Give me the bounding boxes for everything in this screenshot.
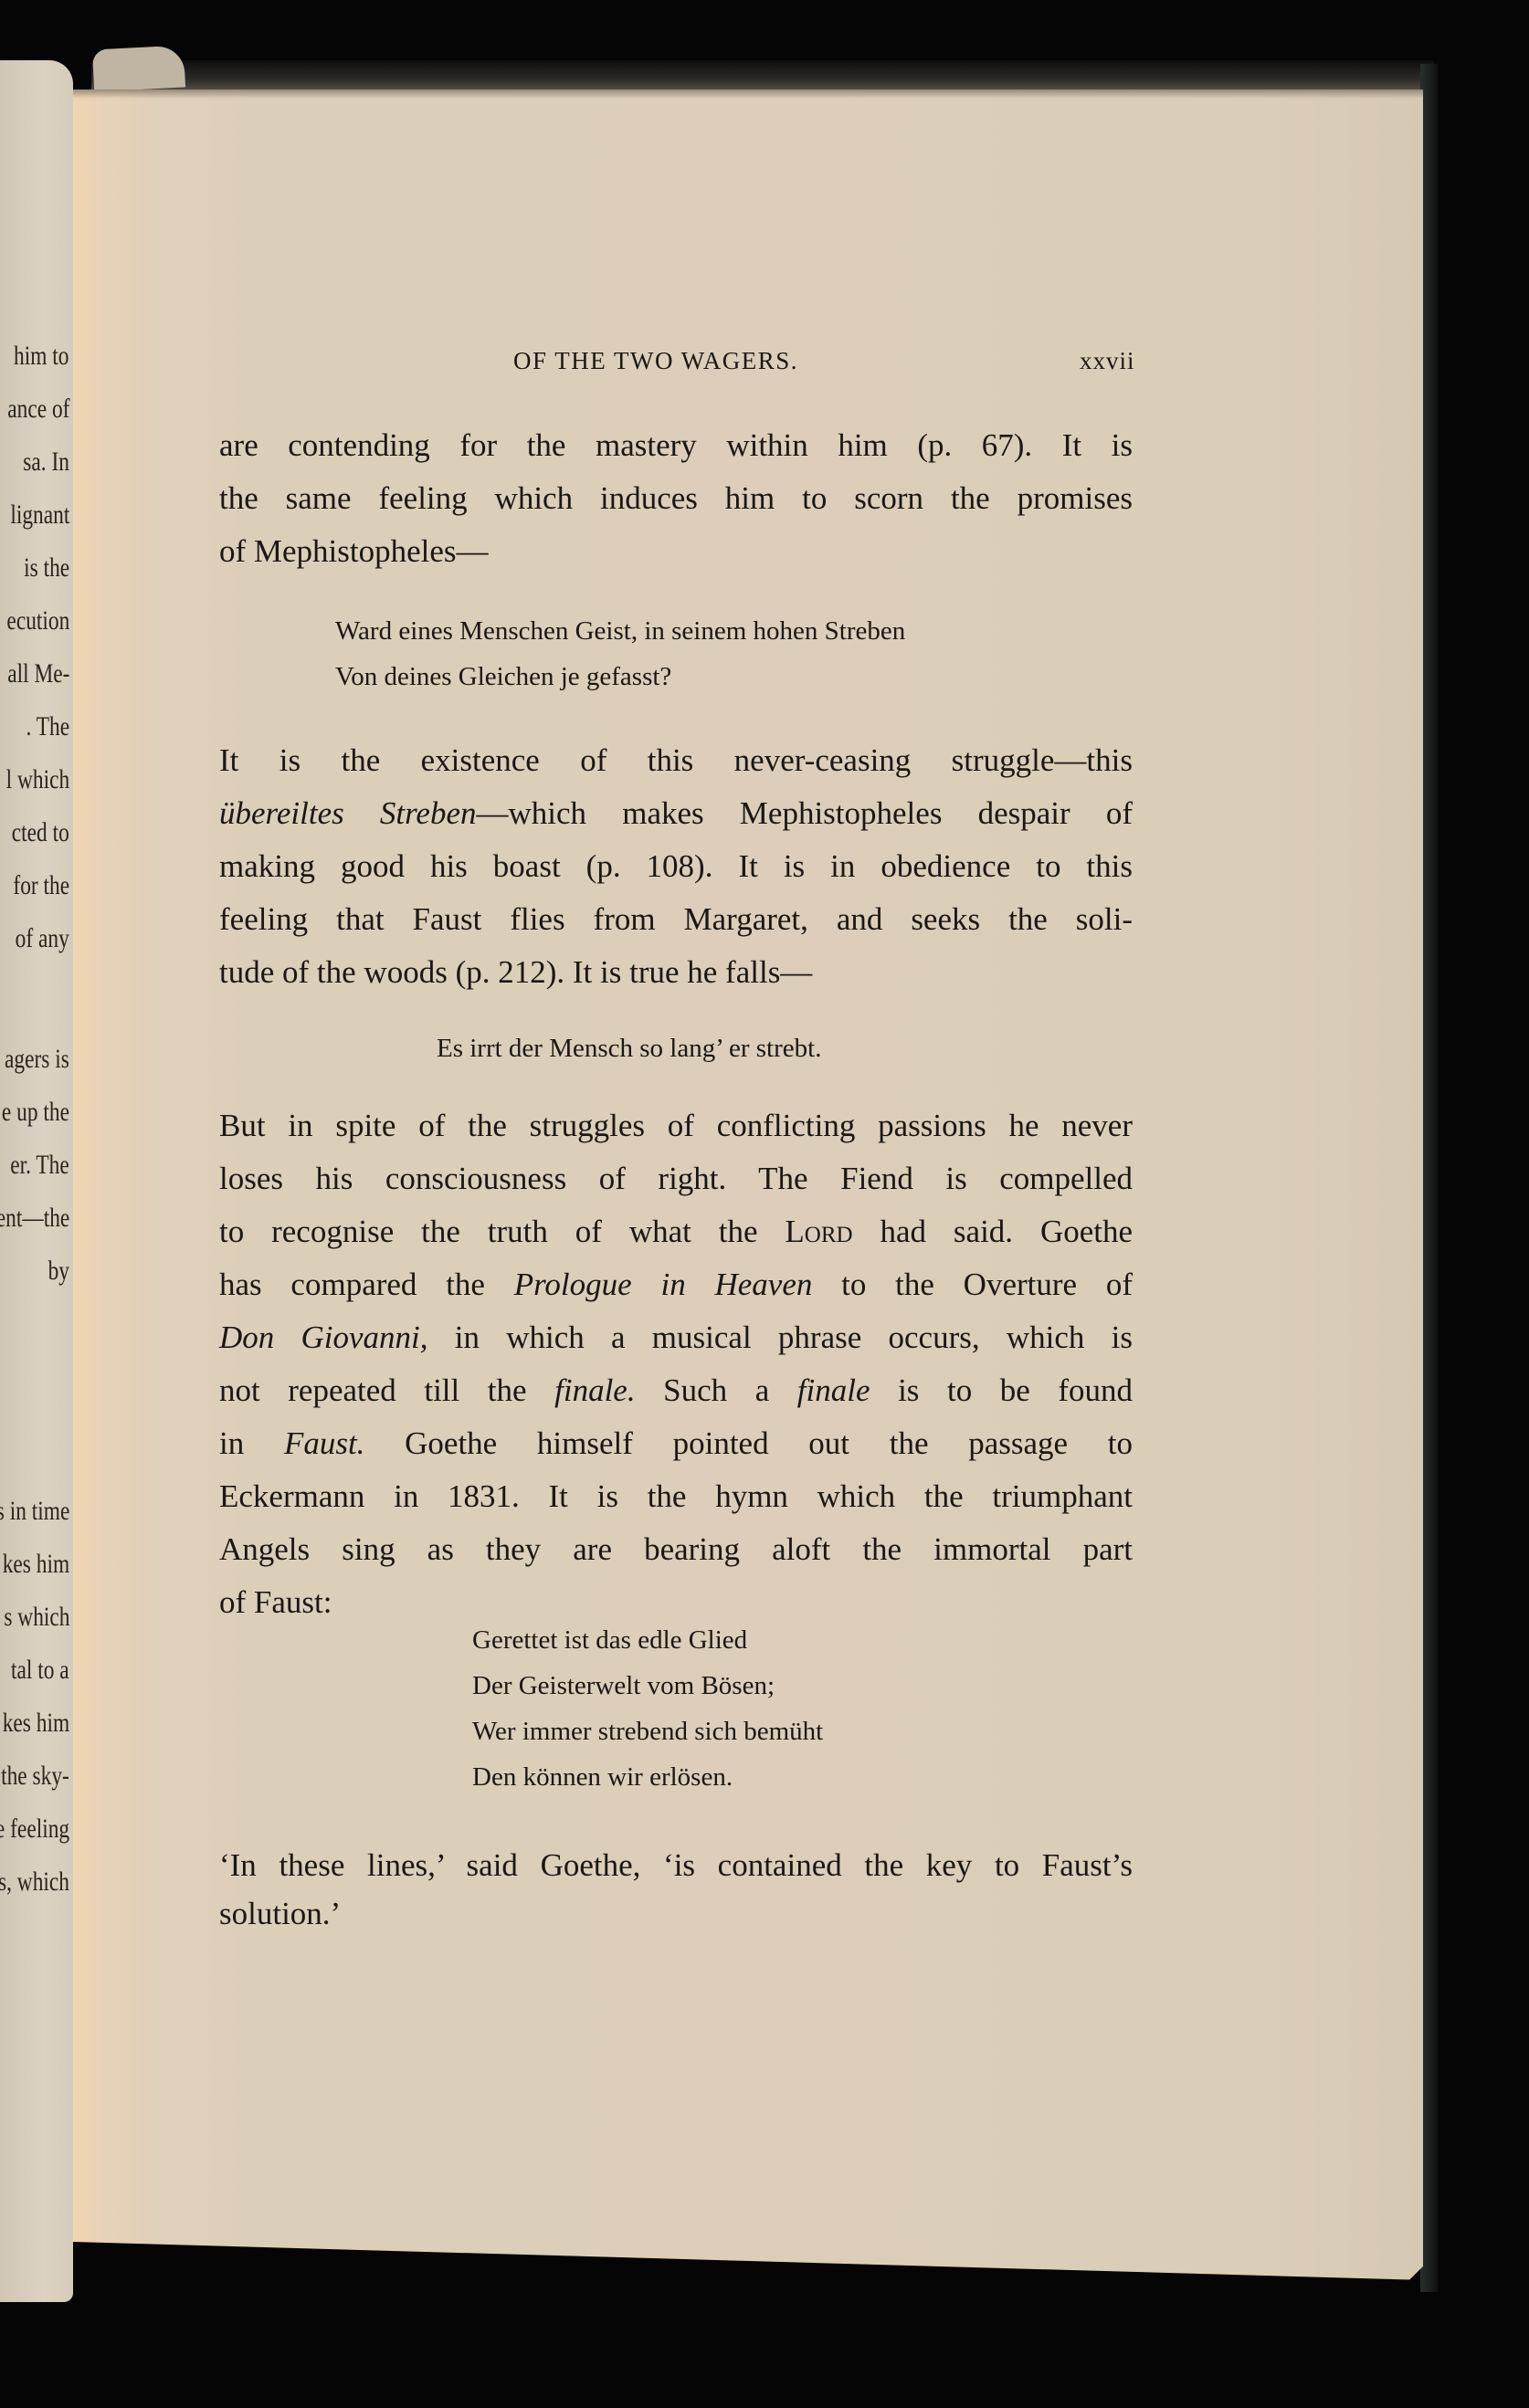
- text-run: to the Overture of: [812, 1267, 1133, 1302]
- text-run: has compared the: [219, 1267, 514, 1302]
- verse-line: Ward eines Menschen Geist, in seinem hoh…: [335, 615, 905, 647]
- body-line: of Mephistopheles—: [219, 531, 1133, 572]
- facing-page-line: . The: [26, 713, 69, 741]
- verse-line: Den können wir erlösen.: [472, 1761, 733, 1793]
- text-run: Goethe himself pointed out the passage t…: [364, 1425, 1133, 1461]
- body-line: has compared the Prologue in Heaven to t…: [219, 1265, 1133, 1305]
- facing-page-line: ance of: [7, 395, 69, 423]
- text-run: to recognise the truth of what the: [219, 1214, 785, 1249]
- page-number: xxvii: [1080, 347, 1135, 375]
- text-run: —which makes Mephistopheles despair of: [477, 795, 1134, 831]
- body-line: are contending for the mastery within hi…: [219, 426, 1133, 466]
- italic-run: Don Giovanni,: [219, 1320, 428, 1355]
- text-run: Angels sing as they are bearing aloft th…: [219, 1531, 1133, 1567]
- facing-page-line: ent—the: [0, 1204, 69, 1232]
- text-run: had said. Goethe: [853, 1214, 1133, 1249]
- verse-line: Der Geisterwelt vom Bösen;: [472, 1669, 775, 1702]
- facing-page-line: kes him: [3, 1551, 69, 1578]
- body-line: ‘In these lines,’ said Goethe, ‘is conta…: [219, 1845, 1133, 1886]
- text-run: It is the existence of this never-ceasin…: [219, 742, 1133, 778]
- running-head-title: OF THE TWO WAGERS.: [513, 347, 798, 375]
- facing-page-line: s in time: [0, 1498, 69, 1525]
- body-line: Don Giovanni, in which a musical phrase …: [219, 1318, 1133, 1358]
- facing-page-line: cted to: [12, 819, 69, 846]
- body-line: It is the existence of this never-ceasin…: [219, 741, 1133, 781]
- facing-page-line: by: [48, 1257, 69, 1285]
- facing-page-line: s, which: [0, 1868, 69, 1896]
- facing-page: him toance ofsa. Inlignantis theecutiona…: [0, 60, 73, 2302]
- body-line: to recognise the truth of what the Lord …: [219, 1212, 1133, 1252]
- text-run: of Faust:: [219, 1584, 332, 1620]
- italic-run: finale.: [554, 1372, 635, 1408]
- facing-page-line: s which: [4, 1604, 69, 1631]
- bookmark-tab: [92, 45, 185, 91]
- body-line: the same feeling which induces him to sc…: [219, 478, 1133, 519]
- facing-page-line: for the: [13, 872, 69, 899]
- body-line: not repeated till the finale. Such a fin…: [219, 1371, 1133, 1411]
- facing-page-line: all Me-: [7, 660, 69, 688]
- body-line: Angels sing as they are bearing aloft th…: [219, 1530, 1133, 1570]
- facing-page-line: of any: [16, 925, 69, 952]
- book-cover-right-edge: [1420, 64, 1439, 2292]
- text-run: But in spite of the struggles of conflic…: [219, 1108, 1133, 1143]
- body-line: loses his consciousness of right. The Fi…: [219, 1159, 1133, 1199]
- body-line: tude of the woods (p. 212). It is true h…: [219, 952, 1133, 993]
- verse-line: Es irrt der Mensch so lang’ er strebt.: [437, 1032, 821, 1065]
- text-run: is to be found: [870, 1372, 1133, 1408]
- facing-page-line: l which: [5, 766, 69, 794]
- text-run: in which a musical phrase occurs, which …: [428, 1320, 1133, 1355]
- verse-line: Gerettet ist das edle Glied: [472, 1624, 747, 1656]
- facing-page-line: sa. In: [23, 448, 69, 476]
- facing-page-line: agers is: [5, 1046, 69, 1073]
- body-line: Eckermann in 1831. It is the hymn which …: [219, 1477, 1133, 1517]
- body-line: feeling that Faust flies from Margaret, …: [219, 899, 1133, 940]
- italic-run: Faust.: [284, 1425, 364, 1461]
- text-run: tude of the woods (p. 212). It is true h…: [219, 954, 812, 990]
- italic-run: finale: [797, 1372, 870, 1408]
- body-line: making good his boast (p. 108). It is in…: [219, 846, 1133, 887]
- small-caps-run: Lord: [785, 1214, 852, 1249]
- facing-page-line: kes him: [3, 1709, 69, 1737]
- text-run: feeling that Faust flies from Margaret, …: [219, 901, 1133, 937]
- text-run: loses his consciousness of right. The Fi…: [219, 1161, 1133, 1196]
- facing-page-line: e feeling: [0, 1815, 69, 1843]
- body-line: of Faust:: [219, 1583, 1133, 1623]
- text-run: not repeated till the: [219, 1372, 554, 1408]
- text-run: Eckermann in 1831. It is the hymn which …: [219, 1478, 1133, 1514]
- book-page: [73, 89, 1423, 2318]
- text-run: making good his boast (p. 108). It is in…: [219, 848, 1133, 884]
- verse-line: Wer immer strebend sich bemüht: [472, 1715, 823, 1748]
- body-line: in Faust. Goethe himself pointed out the…: [219, 1424, 1133, 1464]
- text-run: in: [219, 1425, 284, 1461]
- facing-page-line: lignant: [10, 501, 69, 529]
- verse-line: Von deines Gleichen je gefasst?: [335, 660, 671, 693]
- italic-run: Prologue in Heaven: [514, 1267, 813, 1302]
- body-line: übereiltes Streben—which makes Mephistop…: [219, 794, 1133, 834]
- facing-page-line: er. The: [10, 1151, 69, 1179]
- body-line: But in spite of the struggles of conflic…: [219, 1106, 1133, 1146]
- facing-page-line: is the: [24, 554, 69, 582]
- italic-run: übereiltes Streben: [219, 795, 477, 831]
- running-head: OF THE TWO WAGERS. xxvii: [0, 347, 1529, 384]
- page-top-shadow: [73, 89, 1423, 99]
- facing-page-line: ecution: [6, 607, 69, 635]
- text-run: Such a: [636, 1372, 797, 1408]
- book-cover-top-edge: [91, 60, 1434, 91]
- body-line: solution.’: [219, 1894, 1133, 1934]
- facing-page-line: the sky-: [1, 1762, 69, 1790]
- facing-page-line: tal to a: [11, 1656, 69, 1684]
- facing-page-line: e up the: [2, 1099, 69, 1126]
